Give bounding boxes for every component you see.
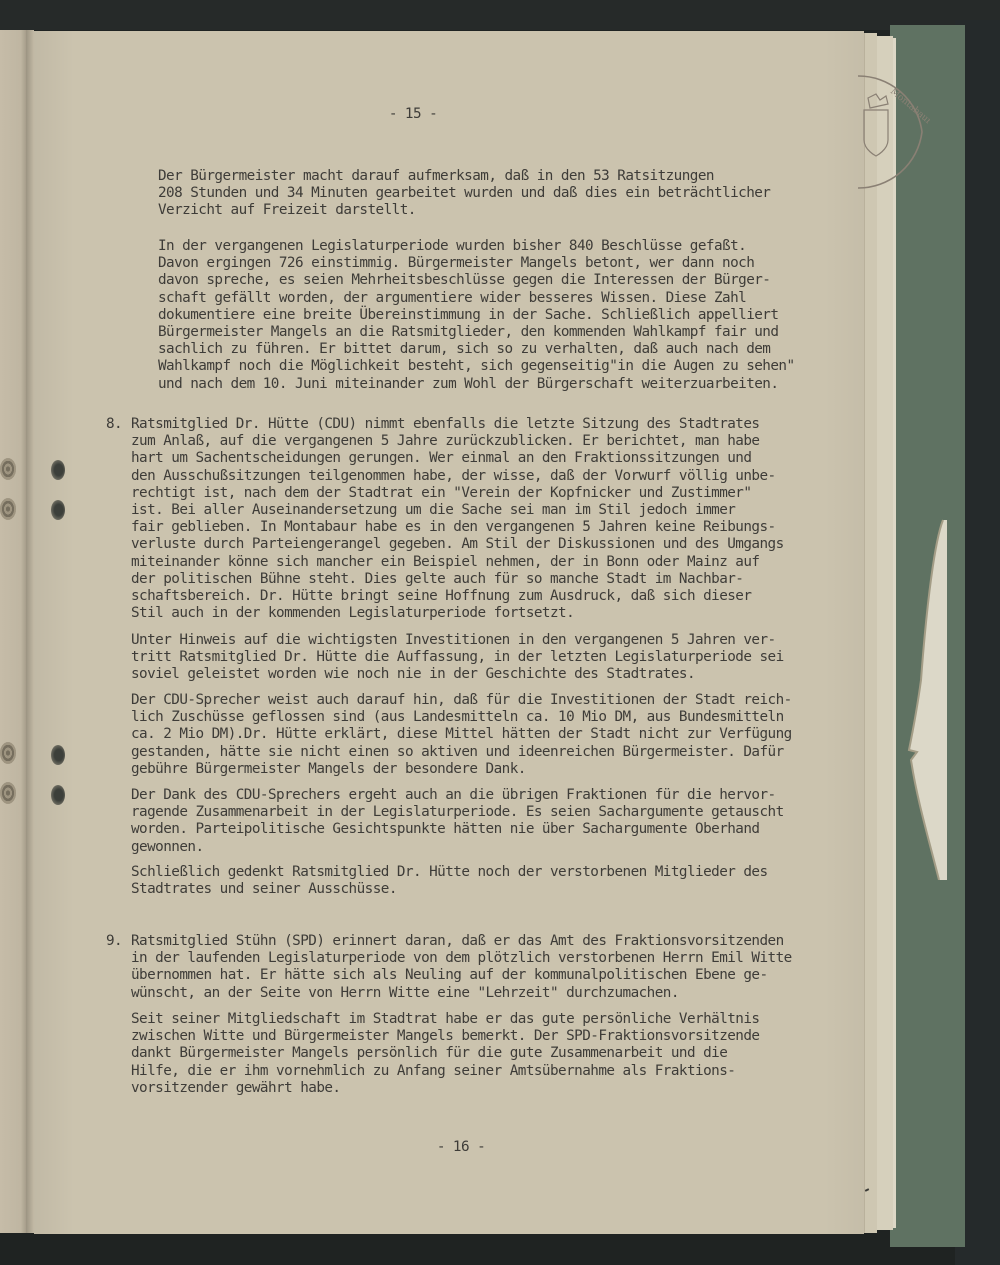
- scanned-document-scene: Montabaur - 15 - Der Bürgermeister macht…: [0, 0, 1000, 1265]
- paragraph-intro-1: Der Bürgermeister macht darauf aufmerksa…: [158, 168, 770, 220]
- text-line: Unter Hinweis auf die wichtigsten Invest…: [131, 632, 784, 649]
- item-9-paragraph-2: Seit seiner Mitgliedschaft im Stadtrat h…: [131, 1011, 759, 1097]
- text-line: Hilfe, die er ihm vornehmlich zu Anfang …: [131, 1063, 759, 1080]
- text-line: gestanden, hätte sie nicht einen so akti…: [131, 744, 792, 761]
- text-line: Bürgermeister Mangels an die Ratsmitglie…: [158, 324, 795, 341]
- text-line: Ratsmitglied Stühn (SPD) erinnert daran,…: [131, 933, 792, 950]
- text-line: in der laufenden Legislaturperiode von d…: [131, 950, 792, 967]
- text-line: der politischen Bühne steht. Dies gelte …: [131, 571, 784, 588]
- text-line: miteinander könne sich mancher ein Beisp…: [131, 554, 784, 571]
- text-line: Der Bürgermeister macht darauf aufmerksa…: [158, 168, 770, 185]
- text-line: schaft gefällt worden, der argumentiere …: [158, 290, 795, 307]
- text-line: lich Zuschüsse geflossen sind (aus Lande…: [131, 709, 792, 726]
- item-number-8: 8.: [106, 416, 122, 433]
- text-line: davon spreche, es seien Mehrheitsbeschlü…: [158, 272, 795, 289]
- text-line: vorsitzender gewährt habe.: [131, 1080, 759, 1097]
- text-line: dankt Bürgermeister Mangels persönlich f…: [131, 1045, 759, 1062]
- document-text: - 15 - Der Bürgermeister macht darauf au…: [0, 0, 1000, 1265]
- text-line: Der Dank des CDU-Sprechers ergeht auch a…: [131, 787, 784, 804]
- page-number-header: - 15 -: [353, 106, 473, 123]
- text-line: wünscht, an der Seite von Herrn Witte ei…: [131, 985, 792, 1002]
- text-line: verluste durch Parteiengerangel gegeben.…: [131, 536, 784, 553]
- text-line: ist. Bei aller Auseinandersetzung um die…: [131, 502, 784, 519]
- item-8-paragraph-1: Ratsmitglied Dr. Hütte (CDU) nimmt ebenf…: [131, 416, 784, 622]
- text-line: Stadtrates und seiner Ausschüsse.: [131, 881, 768, 898]
- text-line: rechtigt ist, nach dem der Stadtrat ein …: [131, 485, 784, 502]
- text-line: gebühre Bürgermeister Mangels der besond…: [131, 761, 792, 778]
- text-line: Der CDU-Sprecher weist auch darauf hin, …: [131, 692, 792, 709]
- text-line: Schließlich gedenkt Ratsmitglied Dr. Hüt…: [131, 864, 768, 881]
- text-line: soviel geleistet worden wie noch nie in …: [131, 666, 784, 683]
- text-line: Seit seiner Mitgliedschaft im Stadtrat h…: [131, 1011, 759, 1028]
- page-number-footer: - 16 -: [401, 1139, 521, 1156]
- text-line: fair geblieben. In Montabaur habe es in …: [131, 519, 784, 536]
- text-line: tritt Ratsmitglied Dr. Hütte die Auffass…: [131, 649, 784, 666]
- text-line: gewonnen.: [131, 839, 784, 856]
- text-line: Stil auch in der kommenden Legislaturper…: [131, 605, 784, 622]
- text-line: In der vergangenen Legislaturperiode wur…: [158, 238, 795, 255]
- text-line: schaftsbereich. Dr. Hütte bringt seine H…: [131, 588, 784, 605]
- item-8-paragraph-5: Schließlich gedenkt Ratsmitglied Dr. Hüt…: [131, 864, 768, 898]
- text-line: 208 Stunden und 34 Minuten gearbeitet wu…: [158, 185, 770, 202]
- item-8-paragraph-3: Der CDU-Sprecher weist auch darauf hin, …: [131, 692, 792, 778]
- text-line: und nach dem 10. Juni miteinander zum Wo…: [158, 376, 795, 393]
- paragraph-intro-2: In der vergangenen Legislaturperiode wur…: [158, 238, 795, 393]
- text-line: Wahlkampf noch die Möglichkeit besteht, …: [158, 358, 795, 375]
- text-line: den Ausschußsitzungen teilgenommen habe,…: [131, 468, 784, 485]
- text-line: Verzicht auf Freizeit darstellt.: [158, 202, 770, 219]
- item-8-paragraph-2: Unter Hinweis auf die wichtigsten Invest…: [131, 632, 784, 684]
- item-number-9: 9.: [106, 933, 122, 950]
- text-line: ca. 2 Mio DM).Dr. Hütte erklärt, diese M…: [131, 726, 792, 743]
- text-line: zwischen Witte und Bürgermeister Mangels…: [131, 1028, 759, 1045]
- text-line: zum Anlaß, auf die vergangenen 5 Jahre z…: [131, 433, 784, 450]
- item-8-paragraph-4: Der Dank des CDU-Sprechers ergeht auch a…: [131, 787, 784, 856]
- item-9-paragraph-1: Ratsmitglied Stühn (SPD) erinnert daran,…: [131, 933, 792, 1002]
- text-line: ragende Zusammenarbeit in der Legislatur…: [131, 804, 784, 821]
- text-line: dokumentiere eine breite Übereinstimmung…: [158, 307, 795, 324]
- text-line: worden. Parteipolitische Gesichtspunkte …: [131, 821, 784, 838]
- text-line: Ratsmitglied Dr. Hütte (CDU) nimmt ebenf…: [131, 416, 784, 433]
- text-line: sachlich zu führen. Er bittet darum, sic…: [158, 341, 795, 358]
- text-line: hart um Sachentscheidungen gerungen. Wer…: [131, 450, 784, 467]
- text-line: Davon ergingen 726 einstimmig. Bürgermei…: [158, 255, 795, 272]
- text-line: übernommen hat. Er hätte sich als Neulin…: [131, 967, 792, 984]
